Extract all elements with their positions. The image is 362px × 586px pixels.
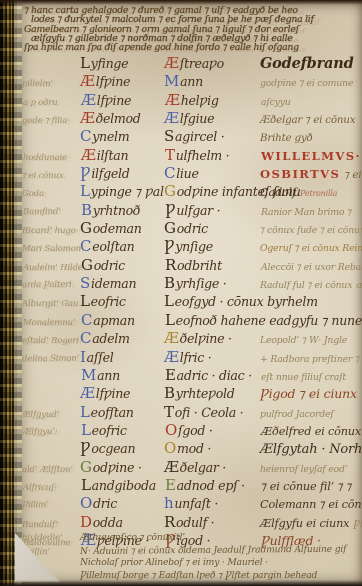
name-col1: Byrhtnoð xyxy=(81,201,165,220)
annotation-extra: ⁊ ei cunyu xyxy=(344,169,362,181)
name-col2: Sagircel · xyxy=(164,127,260,146)
initial-letter-col2: T xyxy=(165,146,175,164)
name-text-col2: ðelƿine · xyxy=(180,331,232,346)
initial-letter-col2: M xyxy=(164,72,179,90)
annotation: WILLELMVS· xyxy=(261,147,362,167)
initial-letter-col1: Æ xyxy=(80,72,95,90)
name-text-col1: odric xyxy=(94,258,125,273)
entry-row: Randulf’ Dodda Rodulf · Ælfgyfu ei ciunx… xyxy=(22,513,360,531)
name-col2: Mann xyxy=(164,72,260,91)
name-col2: Leofgyd · cōnux byrhelm xyxy=(164,292,260,311)
name-col1: Æðelmod xyxy=(80,109,164,128)
margin-name: gode ⁊ filia· xyxy=(22,112,80,130)
entry-row: ƿillelm’ Ælfƿine Mann godƿine ⁊ ei comun… xyxy=(22,72,360,90)
name-col1: Landgiboda xyxy=(81,476,165,495)
footer-script-line: m’ ·Nicholaſ prior Alinebof ⁊ ei imy · M… xyxy=(22,557,360,570)
manuscript-photo: ⁊ hanc carta gehalgode ⁊ đureð ⁊ gamal ⁊… xyxy=(0,0,362,586)
annotation-main: Ranior Man brimo ⁊ xyxy=(261,207,351,218)
entry-row: Mari Salomon’ Ceolſtan Ƿynſige Ogeruſ ⁊ … xyxy=(22,237,360,255)
margin-name: Ælfgyu’: xyxy=(23,423,81,442)
annotation-main: aſcyyu xyxy=(261,97,290,108)
name-col2: Æſtreaƿo xyxy=(164,54,260,73)
annotation-main: ⁊ cōnux fude ⁊ ei cōnux xyxy=(260,225,362,236)
name-col1: Leofric xyxy=(81,421,165,440)
name-col1: Ælfƿine xyxy=(80,384,164,403)
name-col2: Byrhteƿold xyxy=(164,384,260,403)
name-col1: Godeman xyxy=(80,219,164,238)
name-col1: Ælfƿine xyxy=(81,91,165,110)
name-col2: Godƿine infanteſ ſunu xyxy=(164,182,260,201)
initial-letter-col2: h xyxy=(164,494,173,512)
entry-row: Monalemnu’ Capman Leofnoð hahene eadgyfu… xyxy=(23,311,361,329)
name-text-col1: apman xyxy=(93,313,135,328)
initial-letter-col1: I xyxy=(80,348,86,366)
page-edge-bottom xyxy=(0,580,362,586)
name-text-col2: agircel · xyxy=(175,129,224,144)
footer-script-line: Ƿrillin’N· Aduuini ⁊ ei cōnux oldema Jea… xyxy=(22,543,360,558)
name-text-col1: lfƿine xyxy=(97,93,131,108)
name-text-col2: odbriht xyxy=(177,258,222,273)
initial-letter-col2: L xyxy=(164,292,174,310)
annotation-main: Ælfgyfu ei ciunx xyxy=(260,517,349,530)
name-text-col2: mod · xyxy=(177,441,211,456)
initial-letter-col1: O xyxy=(80,494,92,512)
name-text-col1: odda xyxy=(93,515,123,530)
name-col1: Leofſtan xyxy=(80,403,164,422)
header-script-line: ſƿa hƿilc man ſƿa điſ aƿende god hine fo… xyxy=(24,43,360,52)
initial-letter-col2: O xyxy=(164,439,176,457)
annotation-main: Ƿigod ⁊ ei ciunx xyxy=(260,386,357,401)
annotation-extra: ælfgyƿ · Sunan xyxy=(356,280,362,291)
name-col2: Ælfric · xyxy=(164,348,260,367)
entry-row: Ælfgyu’: Leofric Oſgod · Æðelfred ei cōn… xyxy=(23,421,361,439)
initial-letter-col2: B xyxy=(164,384,175,402)
name-col1: Ƿilfgeld xyxy=(80,164,164,183)
name-text-col2: lfgiue xyxy=(180,111,215,126)
name-col1: Dodda xyxy=(80,513,164,532)
initial-letter-col2: G xyxy=(164,219,176,237)
page-edge-top xyxy=(0,0,362,5)
initial-letter-col1: Æ xyxy=(80,109,95,127)
annotation-extra: Ƿlldiſ xyxy=(353,519,362,530)
annotation-main: Aleccōi ⁊ ei uxor Rebald’ xyxy=(261,262,362,273)
name-text-col2: ann xyxy=(180,74,203,89)
entry-row: a ƿ oðru Ælfƿine Æhelƿig aſcyyu xyxy=(23,91,361,109)
name-col1: Cadelm xyxy=(80,329,164,348)
initial-letter-col2: Æ xyxy=(164,54,179,72)
name-col2: Ælfgiue xyxy=(164,109,260,128)
name-text-col1: ilſtan xyxy=(97,148,129,163)
name-col2: Oſgod · xyxy=(165,421,261,440)
annotation-main: Radulf ful ⁊ ei cōnux xyxy=(260,280,352,291)
name-col1: Godric xyxy=(81,256,165,275)
annotation: Godefbrand xyxy=(260,55,360,75)
header-script-line: Gamelbearn ⁊ glonieorn ⁊ orm gamal ſuna … xyxy=(24,25,360,34)
name-text-col1: eofric xyxy=(91,294,126,309)
name-text-col2: unfaſt · xyxy=(174,496,218,511)
name-text-col1: yfinge xyxy=(91,56,129,71)
initial-letter-col1: C xyxy=(81,311,92,329)
annotation: OSBIRTVS⁊ ei cunyu xyxy=(260,165,362,185)
annotation: Æðelgar ⁊ ei cōnux xyxy=(260,111,360,130)
name-text-col2: liue xyxy=(176,166,198,181)
margin-name: a ƿ oðru xyxy=(23,94,81,112)
entry-row: ald’ Ælfſton’ Godƿine · Æðelgar · heienr… xyxy=(22,458,360,476)
name-col1: Iaſſel xyxy=(80,348,164,367)
name-col1: Æilſtan xyxy=(81,146,165,165)
annotation-main: ⁊ ei cōnue fil’ ⁊ ⁊ xyxy=(261,480,352,493)
margin-name: Audelm’ Hilde xyxy=(23,259,81,277)
name-col2: Leofnoð hahene eadgyfu ⁊ nune xyxy=(165,311,261,330)
initial-letter-col1: M xyxy=(81,366,96,384)
name-text-col1: ideman xyxy=(91,276,136,291)
name-text-col1: ocgean xyxy=(91,441,135,456)
entry-row: hoddunaie Æilſtan Tulfhelm · WILLELMVS· xyxy=(23,146,361,164)
name-text-col1: yrhtnoð xyxy=(93,203,140,218)
footer-text: Nicholaſ prior Alinebof ⁊ ei imy · Mauri… xyxy=(80,557,360,570)
initial-letter-col1: Æ xyxy=(80,384,95,402)
name-col1: Mann xyxy=(81,366,165,385)
annotation: ⁊ cōnux fude ⁊ ei cōnux xyxy=(260,222,362,240)
margin-name: Alfricuſ· xyxy=(23,479,81,497)
annotation-main: WILLELMVS· xyxy=(261,149,361,163)
name-col1: Sideman xyxy=(80,274,164,293)
footer-text: N· Aduuini ⁊ ei cōnux oldema Jeadulf Jra… xyxy=(80,543,360,558)
initial-letter-col2: S xyxy=(164,127,174,145)
name-text-col2: odric xyxy=(177,221,208,236)
name-text-col1: ynelm xyxy=(92,129,129,144)
initial-letter-col1: C xyxy=(80,329,91,347)
annotation: Colemann ⁊ ei cōnue xyxy=(260,496,362,515)
name-col2: Byrhſige · xyxy=(164,274,260,293)
annotation-main: OSBIRTVS xyxy=(260,167,340,181)
name-col1: Odric xyxy=(80,494,164,513)
annotation: Ranior Man brimo ⁊ xyxy=(261,204,361,222)
annotation-main: pulfrod Jacordeſ xyxy=(260,409,334,420)
initial-letter-col1: L xyxy=(81,421,91,439)
name-text-col2: ulfgar · xyxy=(176,203,220,218)
initial-letter-col2: Ƿ xyxy=(164,237,174,255)
initial-letter-col1: L xyxy=(80,182,90,200)
annotation-extra: Petronilla xyxy=(300,189,337,198)
initial-letter-col2: B xyxy=(164,274,175,292)
footer-script-block: hiyldedie’Æthuuenſ co ⁊ cōnuxitl’Ƿrillin… xyxy=(22,532,360,582)
initial-letter-col1: S xyxy=(80,274,90,292)
initial-letter-col2: Ƿ xyxy=(165,201,175,219)
name-text-col1: dric xyxy=(93,496,117,511)
initial-letter-col1: L xyxy=(81,476,91,494)
name-col2: Rodbriht xyxy=(165,256,261,275)
margin-name: ⁊ ei cōnux xyxy=(22,167,80,185)
name-text-col1: adelm xyxy=(92,331,130,346)
initial-letter-col1: C xyxy=(80,127,91,145)
initial-letter-col1: Ƿ xyxy=(80,164,90,182)
name-list: Lyfinge Æſtreaƿo Godefbrand ƿillelm’ Ælf… xyxy=(22,54,360,549)
name-col2: Eadnod epſ · xyxy=(165,476,261,495)
annotation: Aleccōi ⁊ ei uxor Rebald’ xyxy=(261,259,362,277)
name-text-col1: aſſel xyxy=(87,350,114,365)
annotation-main: Ogeruſ ⁊ ei cōnux Reinalle xyxy=(260,243,362,254)
annotation-main: Godefbrand xyxy=(260,55,354,72)
entry-row: Ælfgyud’ Leofſtan Tofi · Ceola · pulfrod… xyxy=(22,403,360,421)
name-col2: Godric xyxy=(164,219,260,238)
annotation-main: Æðelfred ei cōnux · xyxy=(261,425,362,438)
name-col1: Cynelm xyxy=(80,127,164,146)
annotation-main: Leopold’ ⁊ W· Jngle xyxy=(260,335,347,346)
initial-letter-col2: C xyxy=(164,164,175,182)
annotation xyxy=(261,314,361,332)
name-text-col1: lfƿine xyxy=(96,74,130,89)
name-col1: Lypinge ⁊ ƿal xyxy=(80,182,164,201)
name-text-col2: ofi · Ceola · xyxy=(175,405,244,420)
initial-letter-col1: L xyxy=(80,292,90,310)
name-col2: Æhelƿig xyxy=(165,91,261,110)
name-col2: Ƿynſige xyxy=(164,237,260,256)
header-script-block: ⁊ hanc carta gehalgode ⁊ đureð ⁊ gamal ⁊… xyxy=(24,6,360,52)
entry-row: Audelm’ Hilde Godric Rodbriht Aleccōi ⁊ … xyxy=(23,256,361,274)
initial-letter-col2: Æ xyxy=(164,109,179,127)
annotation-main: Æðelgar ⁊ ei cōnux xyxy=(260,114,355,126)
name-col2: Eadric · diac · xyxy=(165,366,261,385)
name-text-col2: ſtreaƿo xyxy=(180,56,224,71)
entry-row: Bamfind’ Byrhtnoð Ƿulfgar · Ranior Man b… xyxy=(23,201,361,219)
initial-letter-col2: Æ xyxy=(164,329,179,347)
margin-name: Ƿillim’ xyxy=(22,496,80,515)
name-text-col1: ilfgeld xyxy=(91,166,129,181)
entry-row: Goda Lypinge ⁊ ƿal Godƿine infanteſ ſunu… xyxy=(22,182,360,200)
annotation: eſt nnue filiuſ craſt xyxy=(261,369,361,387)
initial-letter-col1: B xyxy=(81,201,92,219)
header-script-line: ælfgyfu ⁊ gillebride ⁊ norðman ⁊ dolfin … xyxy=(24,34,360,43)
name-col1: Lyfinge xyxy=(80,54,164,73)
annotation: Leopold’ ⁊ W· Jngle xyxy=(260,332,360,350)
name-col1: Capman xyxy=(81,311,165,330)
name-text-col1: andgiboda xyxy=(92,478,156,493)
footer-script-line: hiyldedie’Æthuuenſ co ⁊ cōnuxitl’ xyxy=(22,532,360,545)
name-col2: Tofi · Ceola · xyxy=(164,403,260,422)
name-text-col1: odeman xyxy=(93,221,142,236)
name-text-col2: ulfhelm · xyxy=(176,148,230,163)
entry-row: Alfricuſ· Landgiboda Eadnod epſ · ⁊ ei c… xyxy=(23,476,361,494)
name-text-col2: ſgod · xyxy=(178,423,213,438)
name-col2: Rodulf · xyxy=(164,513,260,532)
initial-letter-col1: Æ xyxy=(81,146,96,164)
margin-name: arda Ƿalteri xyxy=(22,276,80,295)
entry-row: delina Simon’ Iaſſel Ælfric · + Radbora … xyxy=(22,348,360,366)
name-text-col1: ðelmod xyxy=(96,111,141,126)
initial-letter-col2: Æ xyxy=(165,91,180,109)
initial-letter-col2: E xyxy=(165,366,176,384)
margin-name: eſtald’ Rogeri xyxy=(22,332,80,350)
name-col2: Omod · xyxy=(164,439,260,458)
name-text-col1: odƿine · xyxy=(93,460,142,475)
name-text-col2: helƿig xyxy=(181,93,219,108)
margin-name: Monalemnu’ xyxy=(23,314,81,332)
annotation-main: eſt nnue filiuſ craſt xyxy=(261,372,346,383)
name-text-col1: lfƿine xyxy=(96,386,130,401)
initial-letter-col2: R xyxy=(164,513,175,531)
margin-name: hoddunaie xyxy=(23,149,81,167)
annotation-main: Ælfgytah · Norhman xyxy=(260,442,362,457)
name-col1: Leofric xyxy=(80,292,164,311)
annotation: ⁊ ei cōnue fil’ ⁊ ⁊ xyxy=(261,478,361,497)
name-col2: Tulfhelm · xyxy=(165,146,261,165)
initial-letter-col2: G xyxy=(164,182,176,200)
initial-letter-col1: G xyxy=(80,219,92,237)
name-col1: Ƿocgean xyxy=(80,439,164,458)
name-text-col2: odulf · xyxy=(176,515,214,530)
initial-letter-col2: O xyxy=(165,421,177,439)
margin-name xyxy=(22,67,80,68)
annotation: Ƿigod ⁊ ei ciunx xyxy=(260,385,361,405)
name-text-col1: eofric xyxy=(92,423,127,438)
name-col2: Cliue xyxy=(164,164,260,183)
name-text-col1: ann xyxy=(97,368,120,383)
name-text-col1: eofſtan xyxy=(91,405,134,420)
name-col1: Godƿine · xyxy=(80,458,164,477)
entry-row: Alburgit’ Gau Leofric Leofgyd · cōnux by… xyxy=(22,292,360,310)
initial-letter-col2: E xyxy=(165,476,176,494)
entry-row: Mann Eadric · diac · eſt nnue filiuſ cra… xyxy=(23,366,361,384)
header-script-line: ⁊ hanc carta gehalgode ⁊ đureð ⁊ gamal ⁊… xyxy=(24,6,360,15)
name-text-col2: ðelgar · xyxy=(180,460,226,475)
header-script-line: lodes ⁊ đurkytel ⁊ malcolum ⁊ ec forne ſ… xyxy=(24,15,360,24)
annotation-main: + Radbora preſtiner ⁊ ei cōnue xyxy=(260,354,362,365)
annotation-main: Cadolf xyxy=(260,186,296,199)
name-text-col1: eolſtan xyxy=(92,239,134,254)
initial-letter-col2: L xyxy=(165,311,175,329)
name-text-col2: ynſige xyxy=(175,239,213,254)
initial-letter-col1: Ƿ xyxy=(80,439,90,457)
name-col2: Æðelgar · xyxy=(164,458,260,477)
name-text-col2: adnod epſ · xyxy=(177,478,245,493)
name-col2: Ƿulfgar · xyxy=(165,201,261,220)
annotation-main: Colemann ⁊ ei cōnue xyxy=(260,498,362,511)
annotation-main: Brihte gyð xyxy=(260,132,313,144)
margin-name: Ricard’ hugo· xyxy=(22,222,80,240)
margin-name: Bamfind’ xyxy=(23,202,81,221)
annotation: Ælfgytah · Norhman xyxy=(260,441,362,460)
annotation-main: heienrof leyſaf eod’ xyxy=(260,464,348,475)
initial-letter-col1: Æ xyxy=(81,91,96,109)
name-col2: hunfaſt · xyxy=(164,494,260,513)
initial-letter-col2: Æ xyxy=(164,458,179,476)
name-col2: Æðelƿine · xyxy=(164,329,260,348)
initial-letter-col1: G xyxy=(80,458,92,476)
initial-letter-col1: L xyxy=(80,403,90,421)
name-text-col2: lfric · xyxy=(180,350,212,365)
footer-text: Æthuuenſ co ⁊ cōnuxitl’ xyxy=(80,532,360,545)
initial-letter-col2: R xyxy=(165,256,176,274)
footer-margin-name: hiyldedie’ xyxy=(22,532,80,545)
initial-letter-col2: Æ xyxy=(164,348,179,366)
name-col1: Ceolſtan xyxy=(80,237,164,256)
initial-letter-col1: D xyxy=(80,513,92,531)
name-text-col2: yrhteƿold xyxy=(176,386,235,401)
annotation-main: godƿine ⁊ ei comune xyxy=(260,78,353,89)
entry-row: Lyfinge Æſtreaƿo Godefbrand xyxy=(22,54,360,72)
annotation: Radulf ful ⁊ ei cōnuxælfgyƿ · Sunan xyxy=(260,277,362,295)
margin-name xyxy=(22,140,80,141)
initial-letter-col1: L xyxy=(80,54,90,72)
binding-edge xyxy=(0,0,22,586)
name-col1: Ælfƿine xyxy=(80,72,164,91)
name-text-col2: yrhſige · xyxy=(176,276,227,291)
name-text-col2: adric · diac · xyxy=(177,368,252,383)
name-text-col1: ypinge ⁊ ƿal xyxy=(91,184,164,199)
annotation: aſcyyu xyxy=(261,94,361,112)
annotation: Æðelfred ei cōnux · xyxy=(261,423,362,442)
initial-letter-col2: T xyxy=(164,403,174,421)
manuscript-content: ⁊ hanc carta gehalgode ⁊ đureð ⁊ gamal ⁊… xyxy=(22,4,360,582)
